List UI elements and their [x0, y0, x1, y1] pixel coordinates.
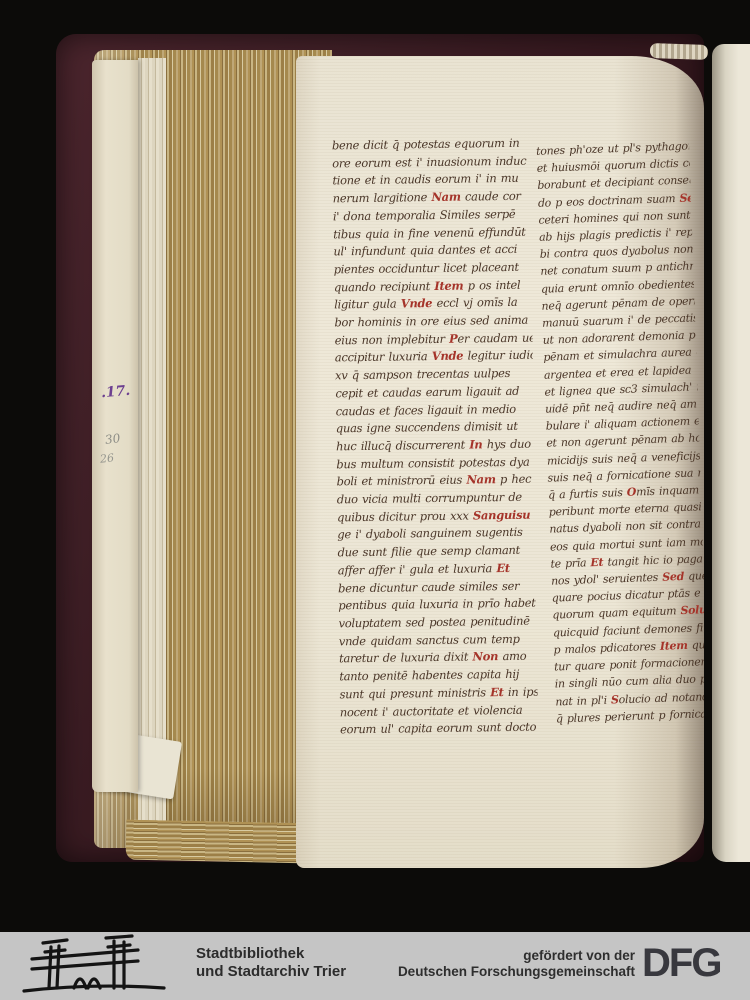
funding-credit: gefördert von der Deutschen Forschungsge… — [300, 948, 635, 979]
pencil-annotation: 26 — [99, 451, 114, 465]
manuscript-left-column: bene dicit q̄ potestas equorum inore eor… — [332, 135, 538, 740]
book-headband — [650, 43, 708, 60]
page-edge-paper-strip — [138, 58, 166, 838]
pencil-annotation: 30 — [104, 431, 121, 447]
flyleaf-tab — [92, 60, 138, 792]
funding-credit-line2: Deutschen Forschungsgemeinschaft — [300, 964, 635, 980]
digitized-manuscript-photo: .17. 30 26 bene dicit q̄ potestas equoru… — [0, 0, 750, 1000]
porta-nigra-logo-icon — [18, 934, 168, 996]
manuscript-right-column: tones ph'oze ut pl's pythagoraset huiusm… — [536, 138, 704, 728]
facing-page-edge — [712, 44, 750, 862]
footer-banner: Stadtbibliothek und Stadtarchiv Trier ge… — [0, 932, 750, 1000]
manuscript-page: bene dicit q̄ potestas equorum inore eor… — [296, 56, 704, 868]
funding-credit-line1: gefördert von der — [300, 948, 635, 964]
dfg-logo: DFG — [642, 940, 720, 986]
shelfmark-annotation: .17. — [100, 383, 131, 401]
